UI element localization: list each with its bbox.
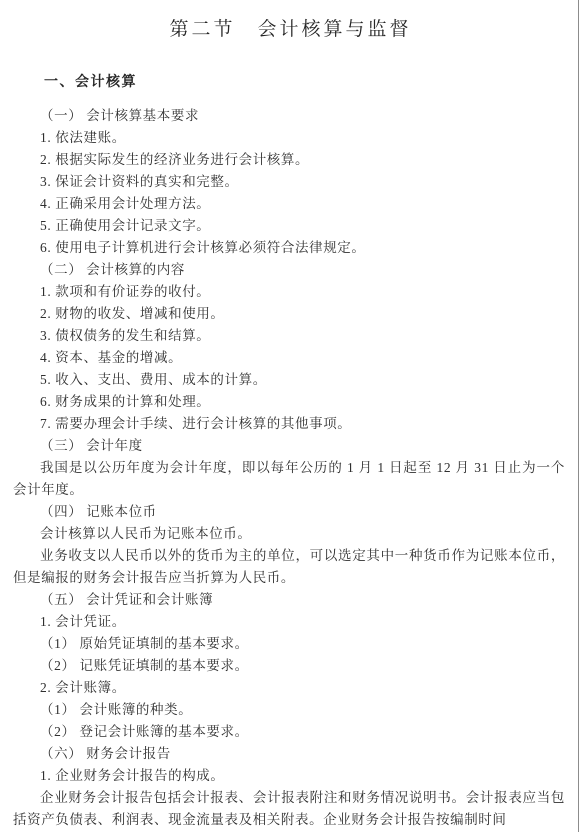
text-line: 4. 正确采用会计处理方法。 xyxy=(13,193,565,215)
text-line: 4. 资本、基金的增减。 xyxy=(13,347,565,369)
section-heading: 一、会计核算 xyxy=(44,74,565,91)
text-line: 会计核算以人民币为记账本位币。 xyxy=(13,523,565,545)
text-line: （一） 会计核算基本要求 xyxy=(13,105,565,127)
text-line: （1） 会计账簿的种类。 xyxy=(13,699,565,721)
text-line: 7. 需要办理会计手续、进行会计核算的其他事项。 xyxy=(13,413,565,435)
text-line: 2. 会计账簿。 xyxy=(13,677,565,699)
text-line: （三） 会计年度 xyxy=(13,435,565,457)
scan-edge-line xyxy=(578,0,579,832)
text-line: （2） 记账凭证填制的基本要求。 xyxy=(13,655,565,677)
text-line: 1. 企业财务会计报告的构成。 xyxy=(13,765,565,787)
text-line: （四） 记账本位币 xyxy=(13,501,565,523)
text-line: 6. 使用电子计算机进行会计核算必须符合法律规定。 xyxy=(13,237,565,259)
document-page: 第二节 会计核算与监督 一、会计核算 （一） 会计核算基本要求1. 依法建账。2… xyxy=(0,0,581,832)
text-line: （二） 会计核算的内容 xyxy=(13,259,565,281)
text-line: 业务收支以人民币以外的货币为主的单位，可以选定其中一种货币作为记账本位币，但是编… xyxy=(13,545,565,589)
text-line: （六） 财务会计报告 xyxy=(13,743,565,765)
text-line: 3. 保证会计资料的真实和完整。 xyxy=(13,171,565,193)
text-line: 1. 依法建账。 xyxy=(13,127,565,149)
text-line: 6. 财务成果的计算和处理。 xyxy=(13,391,565,413)
document-body: （一） 会计核算基本要求1. 依法建账。2. 根据实际发生的经济业务进行会计核算… xyxy=(13,105,565,831)
text-line: 3. 债权债务的发生和结算。 xyxy=(13,325,565,347)
page-title: 第二节 会计核算与监督 xyxy=(0,0,581,44)
text-line: （2） 登记会计账簿的基本要求。 xyxy=(13,721,565,743)
text-line: 2. 财物的收发、增减和使用。 xyxy=(13,303,565,325)
text-line: 企业财务会计报告包括会计报表、会计报表附注和财务情况说明书。会计报表应当包括资产… xyxy=(13,787,565,831)
text-line: 1. 会计凭证。 xyxy=(13,611,565,633)
text-line: 5. 正确使用会计记录文字。 xyxy=(13,215,565,237)
text-line: 1. 款项和有价证券的收付。 xyxy=(13,281,565,303)
text-line: 我国是以公历年度为会计年度，即以每年公历的 1 月 1 日起至 12 月 31 … xyxy=(13,457,565,501)
text-line: （1） 原始凭证填制的基本要求。 xyxy=(13,633,565,655)
text-line: 2. 根据实际发生的经济业务进行会计核算。 xyxy=(13,149,565,171)
text-line: （五） 会计凭证和会计账簿 xyxy=(13,589,565,611)
text-line: 5. 收入、支出、费用、成本的计算。 xyxy=(13,369,565,391)
